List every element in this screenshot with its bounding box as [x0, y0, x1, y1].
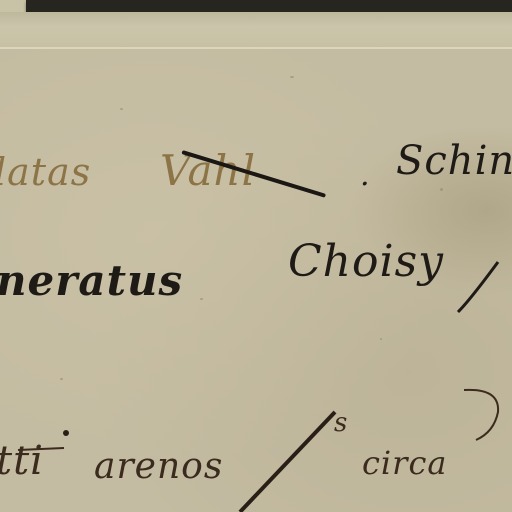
mount-paper-strip [0, 12, 512, 48]
mount-dark-edge [26, 0, 512, 12]
handwriting-period: . [360, 158, 371, 193]
specimen-label-photo: latas Vahl . Schin neratus Choisy tti ar… [0, 0, 512, 512]
handwriting-superscript: s [334, 408, 348, 438]
handwriting-line1-fragment: latas [0, 150, 91, 194]
handwriting-line3-fragment: tti [0, 438, 44, 484]
handwriting-circa: circa [362, 444, 447, 482]
handwriting-author-choisy: Choisy [288, 236, 444, 287]
handwriting-author-schin: Schin [396, 138, 512, 184]
handwriting-line2-fragment: neratus [0, 256, 183, 305]
label-top-edge [0, 47, 512, 49]
handwriting-arenos: arenos [94, 446, 223, 487]
